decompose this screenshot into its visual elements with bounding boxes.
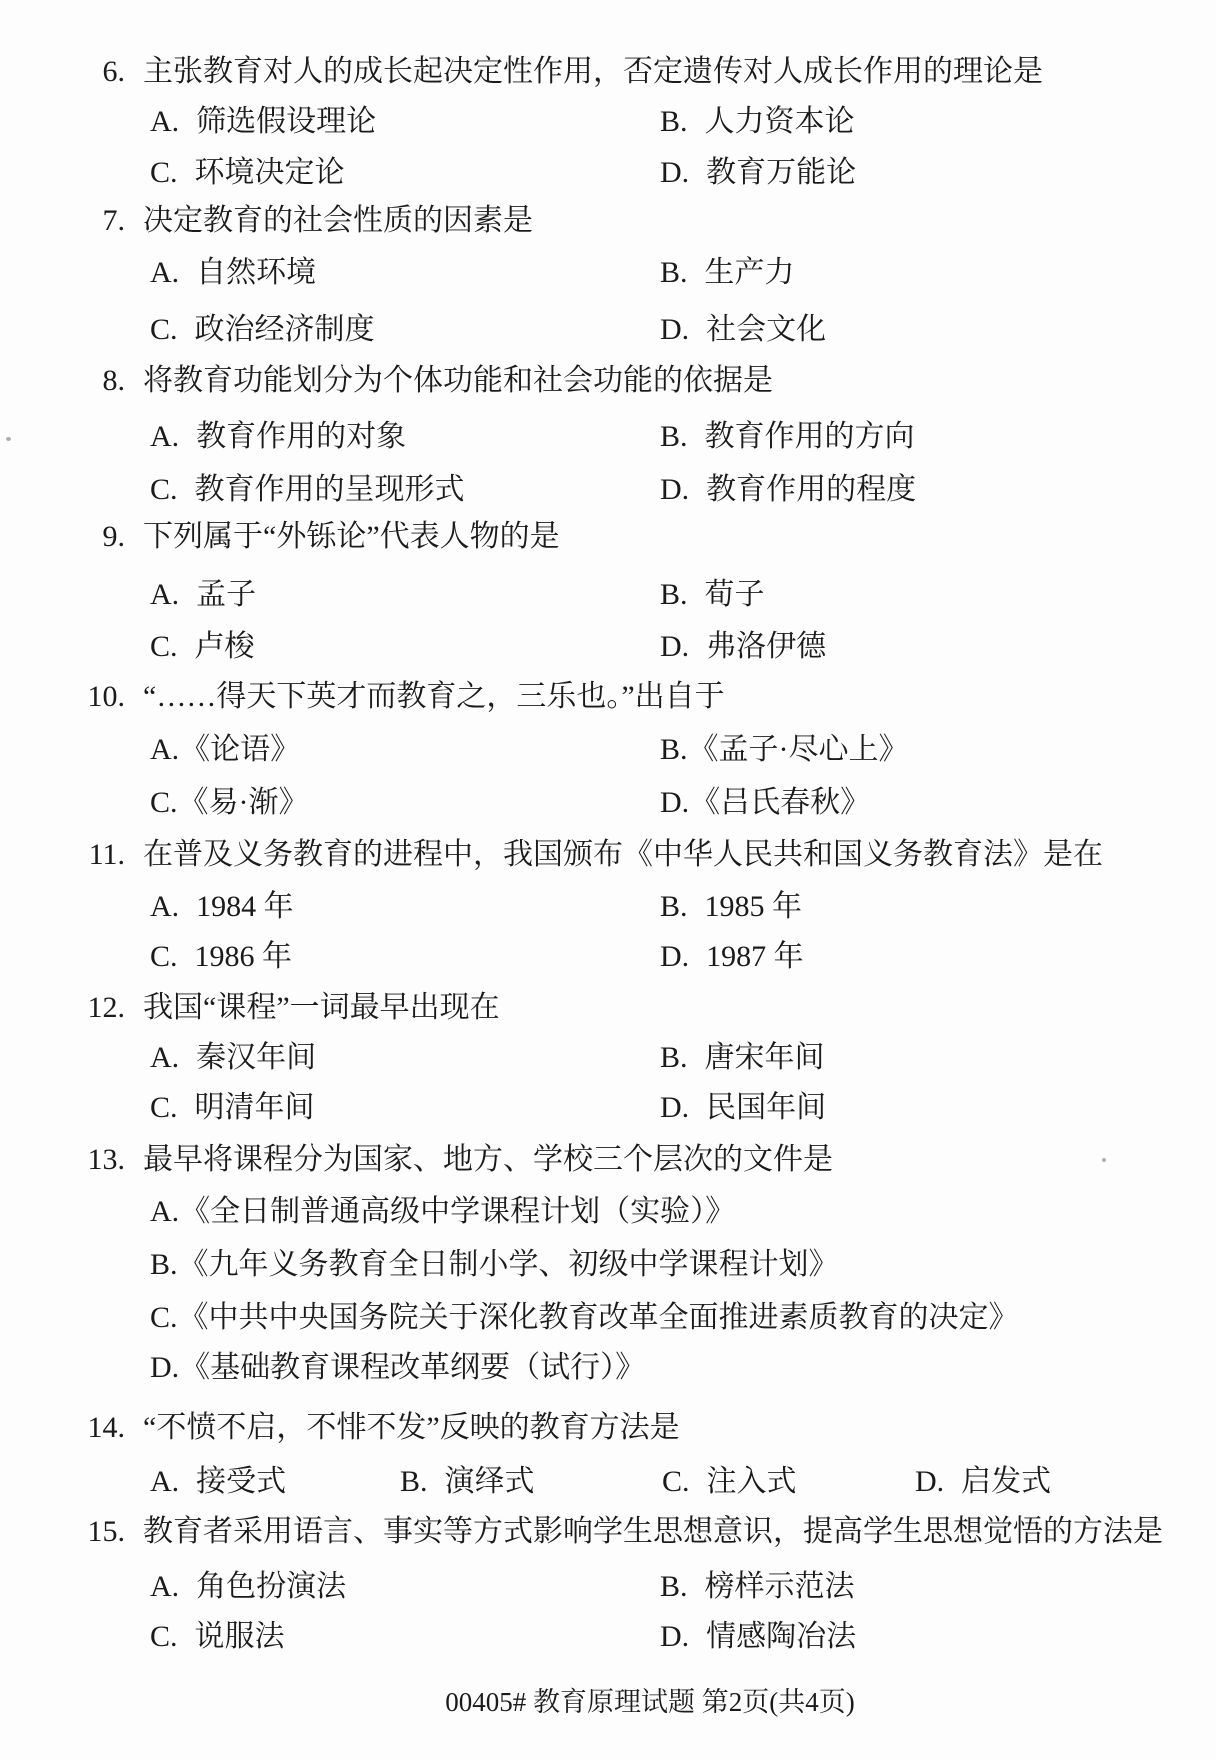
- q12-options-row-2: C.明清年间 D.民国年间: [0, 1091, 1216, 1125]
- q7-option-b-text: 生产力: [705, 256, 795, 289]
- q9-options-row-1: A.孟子 B.荀子: [0, 578, 1216, 612]
- q10-options-row-2: C.《易·渐》 D.《吕氏春秋》: [0, 786, 1216, 820]
- q6-options-row-1: A.筛选假设理论 B.人力资本论: [0, 105, 1216, 139]
- q14-option-a-text: 接受式: [196, 1465, 286, 1498]
- q10-option-c: C.《易·渐》: [150, 786, 309, 820]
- q11-stem-line: 11. 在普及义务教育的进程中，我国颁布《中华人民共和国义务教育法》是在: [0, 838, 1216, 872]
- q9-option-a: A.孟子: [150, 578, 256, 612]
- q13-option-b-text: 《九年义务教育全日制小学、初级中学课程计划》: [179, 1248, 839, 1281]
- q10-option-b: B.《孟子·尽心上》: [660, 733, 909, 767]
- q8-option-c-label: C.: [150, 473, 178, 507]
- q8-option-a-text: 教育作用的对象: [196, 420, 406, 453]
- q8-option-a-label: A.: [150, 420, 179, 454]
- q13-option-c-label: C.: [150, 1301, 178, 1335]
- q13-option-a-label: A.: [150, 1195, 179, 1229]
- q9-option-d-label: D.: [660, 630, 689, 664]
- q15-stem: 教育者采用语言、事实等方式影响学生思想意识，提高学生思想觉悟的方法是: [143, 1515, 1163, 1549]
- q11-options-row-1: A.1984 年 B.1985 年: [0, 890, 1216, 924]
- q6-option-a-label: A.: [150, 105, 179, 139]
- q8-option-b-text: 教育作用的方向: [705, 420, 915, 453]
- q13-option-d: D.《基础教育课程改革纲要（试行）》: [150, 1351, 645, 1385]
- q13-option-c: C.《中共中央国务院关于深化教育改革全面推进素质教育的决定》: [150, 1301, 1019, 1335]
- q9-option-b-text: 荀子: [705, 578, 765, 611]
- q10-options-row-1: A.《论语》 B.《孟子·尽心上》: [0, 733, 1216, 767]
- q12-stem: 我国“课程”一词最早出现在: [143, 991, 500, 1025]
- q9-option-c: C.卢梭: [150, 630, 255, 664]
- q9-option-c-text: 卢梭: [195, 630, 255, 663]
- q7-options-row-2: C.政治经济制度 D.社会文化: [0, 313, 1216, 347]
- q8-option-b: B.教育作用的方向: [660, 420, 915, 454]
- q15-options-row-1: A.角色扮演法 B.榜样示范法: [0, 1570, 1216, 1604]
- q15-option-d: D.情感陶冶法: [660, 1620, 856, 1654]
- q11-option-b: B.1985 年: [660, 890, 802, 924]
- q13-number: 13.: [86, 1143, 125, 1177]
- q15-option-b-text: 榜样示范法: [705, 1570, 855, 1603]
- q11-options-row-2: C.1986 年 D.1987 年: [0, 940, 1216, 974]
- q13-option-row-a: A.《全日制普通高级中学课程计划（实验）》: [0, 1195, 1216, 1229]
- q12-option-b-label: B.: [660, 1041, 688, 1075]
- q14-option-d: D.启发式: [915, 1465, 1051, 1499]
- q9-option-c-label: C.: [150, 630, 178, 664]
- q7-option-b-label: B.: [660, 256, 688, 290]
- q9-option-d: D.弗洛伊德: [660, 630, 826, 664]
- q13-stem-line: 13. 最早将课程分为国家、地方、学校三个层次的文件是: [0, 1143, 1216, 1177]
- q8-option-c: C.教育作用的呈现形式: [150, 473, 465, 507]
- q6-option-b: B.人力资本论: [660, 105, 855, 139]
- q10-option-a-text: 《论语》: [180, 733, 300, 766]
- q12-option-d-label: D.: [660, 1091, 689, 1125]
- q9-option-d-text: 弗洛伊德: [706, 630, 826, 663]
- q15-option-c: C.说服法: [150, 1620, 285, 1654]
- q12-option-a-text: 秦汉年间: [196, 1041, 316, 1074]
- q9-stem-line: 9. 下列属于“外铄论”代表人物的是: [0, 520, 1216, 554]
- q15-option-d-label: D.: [660, 1620, 689, 1654]
- q15-option-a: A.角色扮演法: [150, 1570, 346, 1604]
- q14-option-a-label: A.: [150, 1465, 179, 1499]
- q7-stem: 决定教育的社会性质的因素是: [143, 204, 533, 238]
- q10-stem-line: 10. “……得天下英才而教育之，三乐也。”出自于: [0, 680, 1216, 714]
- q9-option-a-text: 孟子: [196, 578, 256, 611]
- q12-option-d-text: 民国年间: [706, 1091, 826, 1124]
- q9-stem: 下列属于“外铄论”代表人物的是: [143, 520, 560, 554]
- q6-option-b-text: 人力资本论: [705, 105, 855, 138]
- q12-option-b-text: 唐宋年间: [705, 1041, 825, 1074]
- q9-option-b-label: B.: [660, 578, 688, 612]
- q13-option-row-d: D.《基础教育课程改革纲要（试行）》: [0, 1351, 1216, 1385]
- page-footer: 00405# 教育原理试题 第2页(共4页): [42, 1685, 1216, 1719]
- q11-option-b-text: 1985 年: [705, 890, 803, 923]
- q12-option-c-text: 明清年间: [195, 1091, 315, 1124]
- q10-option-a: A.《论语》: [150, 733, 300, 767]
- q14-option-d-label: D.: [915, 1465, 944, 1499]
- q15-number: 15.: [86, 1515, 125, 1549]
- q13-option-a-text: 《全日制普通高级中学课程计划（实验）》: [180, 1195, 735, 1228]
- q15-option-b-label: B.: [660, 1570, 688, 1604]
- q6-option-c-label: C.: [150, 156, 178, 190]
- q11-option-b-label: B.: [660, 890, 688, 924]
- q6-option-a-text: 筛选假设理论: [196, 105, 376, 138]
- q14-options-row: A.接受式 B.演绎式 C.注入式 D.启发式: [0, 1465, 1216, 1499]
- q9-option-b: B.荀子: [660, 578, 765, 612]
- q7-option-d-text: 社会文化: [706, 313, 826, 346]
- q6-stem: 主张教育对人的成长起决定性作用，否定遗传对人成长作用的理论是: [143, 55, 1043, 89]
- q13-option-d-text: 《基础教育课程改革纲要（试行）》: [180, 1351, 645, 1384]
- q14-option-c-label: C.: [662, 1465, 690, 1499]
- q11-option-a-text: 1984 年: [196, 890, 294, 923]
- q11-option-d: D.1987 年: [660, 940, 804, 974]
- q6-option-d: D.教育万能论: [660, 156, 856, 190]
- q6-option-b-label: B.: [660, 105, 688, 139]
- q8-option-c-text: 教育作用的呈现形式: [195, 473, 465, 506]
- q15-stem-line: 15. 教育者采用语言、事实等方式影响学生思想意识，提高学生思想觉悟的方法是: [0, 1515, 1216, 1549]
- q7-option-a: A.自然环境: [150, 256, 316, 290]
- q6-options-row-2: C.环境决定论 D.教育万能论: [0, 156, 1216, 190]
- q7-option-d: D.社会文化: [660, 313, 826, 347]
- q9-option-a-label: A.: [150, 578, 179, 612]
- exam-page: 6. 主张教育对人的成长起决定性作用，否定遗传对人成长作用的理论是 A.筛选假设…: [0, 0, 1216, 1760]
- q14-option-a: A.接受式: [150, 1465, 286, 1499]
- q10-option-d-text: 《吕氏春秋》: [690, 786, 870, 819]
- q11-option-c-label: C.: [150, 940, 178, 974]
- q14-stem-line: 14. “不愤不启，不悱不发”反映的教育方法是: [0, 1411, 1216, 1445]
- q6-option-c-text: 环境决定论: [195, 156, 345, 189]
- q13-option-b-label: B.: [150, 1248, 178, 1282]
- q7-option-d-label: D.: [660, 313, 689, 347]
- q8-options-row-1: A.教育作用的对象 B.教育作用的方向: [0, 420, 1216, 454]
- q6-stem-line: 6. 主张教育对人的成长起决定性作用，否定遗传对人成长作用的理论是: [0, 55, 1216, 89]
- q15-option-d-text: 情感陶冶法: [706, 1620, 856, 1653]
- q10-option-b-label: B.: [660, 733, 688, 767]
- q12-option-a: A.秦汉年间: [150, 1041, 316, 1075]
- q13-option-a: A.《全日制普通高级中学课程计划（实验）》: [150, 1195, 735, 1229]
- q12-option-c-label: C.: [150, 1091, 178, 1125]
- q13-option-row-c: C.《中共中央国务院关于深化教育改革全面推进素质教育的决定》: [0, 1301, 1216, 1335]
- q10-option-b-text: 《孟子·尽心上》: [689, 733, 909, 766]
- q6-option-c: C.环境决定论: [150, 156, 345, 190]
- q12-option-c: C.明清年间: [150, 1091, 315, 1125]
- q8-option-b-label: B.: [660, 420, 688, 454]
- q10-stem: “……得天下英才而教育之，三乐也。”出自于: [143, 680, 725, 714]
- q14-option-b: B.演绎式: [400, 1465, 535, 1499]
- q6-option-d-text: 教育万能论: [706, 156, 856, 189]
- q13-option-c-text: 《中共中央国务院关于深化教育改革全面推进素质教育的决定》: [179, 1301, 1019, 1334]
- q10-number: 10.: [86, 680, 125, 714]
- q15-option-c-text: 说服法: [195, 1620, 285, 1653]
- q14-number: 14.: [86, 1411, 125, 1445]
- scan-speck: [6, 437, 11, 441]
- q7-options-row-1: A.自然环境 B.生产力: [0, 256, 1216, 290]
- q11-option-d-label: D.: [660, 940, 689, 974]
- q8-option-d-label: D.: [660, 473, 689, 507]
- q10-option-a-label: A.: [150, 733, 179, 767]
- q10-option-c-text: 《易·渐》: [179, 786, 309, 819]
- q6-option-d-label: D.: [660, 156, 689, 190]
- q14-option-c-text: 注入式: [707, 1465, 797, 1498]
- q11-number: 11.: [86, 838, 125, 872]
- q11-option-a-label: A.: [150, 890, 179, 924]
- q15-option-c-label: C.: [150, 1620, 178, 1654]
- q7-option-a-text: 自然环境: [196, 256, 316, 289]
- q8-options-row-2: C.教育作用的呈现形式 D.教育作用的程度: [0, 473, 1216, 507]
- q15-options-row-2: C.说服法 D.情感陶冶法: [0, 1620, 1216, 1654]
- q6-number: 6.: [86, 55, 125, 89]
- q7-stem-line: 7. 决定教育的社会性质的因素是: [0, 204, 1216, 238]
- q14-option-b-label: B.: [400, 1465, 428, 1499]
- q11-option-c-text: 1986 年: [195, 940, 293, 973]
- q11-option-c: C.1986 年: [150, 940, 292, 974]
- q6-option-a: A.筛选假设理论: [150, 105, 376, 139]
- q11-option-a: A.1984 年: [150, 890, 294, 924]
- q11-option-d-text: 1987 年: [706, 940, 804, 973]
- q14-option-b-text: 演绎式: [445, 1465, 535, 1498]
- q7-option-c-text: 政治经济制度: [195, 313, 375, 346]
- q8-option-d-text: 教育作用的程度: [706, 473, 916, 506]
- q9-options-row-2: C.卢梭 D.弗洛伊德: [0, 630, 1216, 664]
- scan-speck: [1102, 1158, 1106, 1162]
- q12-option-d: D.民国年间: [660, 1091, 826, 1125]
- q12-options-row-1: A.秦汉年间 B.唐宋年间: [0, 1041, 1216, 1075]
- q11-stem: 在普及义务教育的进程中，我国颁布《中华人民共和国义务教育法》是在: [143, 838, 1103, 872]
- q9-number: 9.: [86, 520, 125, 554]
- q15-option-b: B.榜样示范法: [660, 1570, 855, 1604]
- q12-stem-line: 12. 我国“课程”一词最早出现在: [0, 991, 1216, 1025]
- q12-option-b: B.唐宋年间: [660, 1041, 825, 1075]
- q7-option-a-label: A.: [150, 256, 179, 290]
- q13-stem: 最早将课程分为国家、地方、学校三个层次的文件是: [143, 1143, 833, 1177]
- q13-option-d-label: D.: [150, 1351, 179, 1385]
- q7-option-b: B.生产力: [660, 256, 795, 290]
- q12-number: 12.: [86, 991, 125, 1025]
- q8-number: 8.: [86, 364, 125, 398]
- q10-option-d-label: D.: [660, 786, 689, 820]
- q15-option-a-label: A.: [150, 1570, 179, 1604]
- q7-option-c: C.政治经济制度: [150, 313, 375, 347]
- q10-option-d: D.《吕氏春秋》: [660, 786, 870, 820]
- q8-option-d: D.教育作用的程度: [660, 473, 916, 507]
- q8-option-a: A.教育作用的对象: [150, 420, 406, 454]
- q8-stem: 将教育功能划分为个体功能和社会功能的依据是: [143, 364, 773, 398]
- q14-stem: “不愤不启，不悱不发”反映的教育方法是: [143, 1411, 680, 1445]
- q12-option-a-label: A.: [150, 1041, 179, 1075]
- q14-option-c: C.注入式: [662, 1465, 797, 1499]
- q8-stem-line: 8. 将教育功能划分为个体功能和社会功能的依据是: [0, 364, 1216, 398]
- q7-number: 7.: [86, 204, 125, 238]
- q10-option-c-label: C.: [150, 786, 178, 820]
- q7-option-c-label: C.: [150, 313, 178, 347]
- q13-option-row-b: B.《九年义务教育全日制小学、初级中学课程计划》: [0, 1248, 1216, 1282]
- q14-option-d-text: 启发式: [961, 1465, 1051, 1498]
- q15-option-a-text: 角色扮演法: [196, 1570, 346, 1603]
- q13-option-b: B.《九年义务教育全日制小学、初级中学课程计划》: [150, 1248, 839, 1282]
